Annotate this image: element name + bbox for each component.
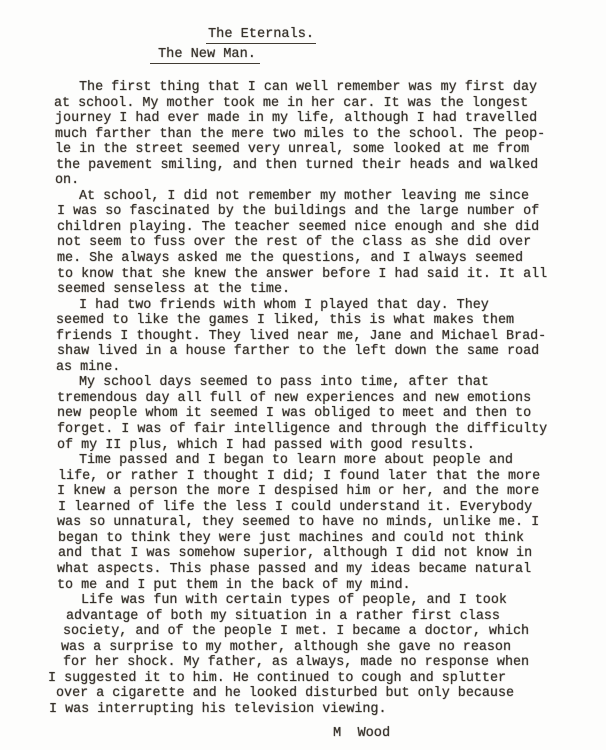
text-line: I suggested it to him. He continued to c… [48, 671, 606, 687]
text-line: At school, I did not remember my mother … [57, 189, 606, 205]
text-line: new people whom it seemed I was obliged … [57, 406, 606, 422]
text-line: the pavement smiling, and then turned th… [56, 158, 606, 174]
paragraph: At school, I did not remember my mother … [57, 189, 606, 298]
text-line: Time passed and I began to learn more ab… [57, 453, 606, 469]
text-line: was so unnatural, they seemed to have no… [57, 515, 606, 531]
author-signature: M Wood [333, 726, 606, 742]
text-line: over a cigarette and he looked disturbed… [56, 686, 606, 702]
text-line: The first thing that I can well remember… [57, 80, 606, 96]
subtitle-row: The New Man. [0, 47, 606, 64]
document-title: The Eternals. [206, 27, 316, 44]
text-line: I learned of life the less I could under… [58, 500, 606, 516]
title-block: The Eternals. The New Man. [0, 0, 606, 64]
text-line: to know that she knew the answer before … [57, 267, 606, 283]
text-line: My school days seemed to pass into time,… [57, 375, 606, 391]
text-line: journey I had ever made in my life, alth… [55, 111, 606, 127]
text-line: of my II plus, which I had passed with g… [57, 438, 606, 454]
paragraph: Life was fun with certain types of peopl… [57, 593, 606, 717]
paragraph: My school days seemed to pass into time,… [57, 375, 606, 453]
text-line: as mine. [56, 360, 606, 376]
text-line: I knew a person the more I despised him … [57, 484, 606, 500]
text-line: advantage of both my situation in a rath… [66, 609, 606, 625]
text-line: le in the street seemed very unreal, som… [55, 142, 606, 158]
text-line: seemed to like the games I liked, this i… [56, 313, 606, 329]
text-line: for her shock. My father, as always, mad… [63, 655, 606, 671]
text-line: tremendous day all full of new experienc… [57, 391, 606, 407]
text-line: me. She always asked me the questions, a… [57, 251, 606, 267]
text-line: began to think they were just machines a… [58, 531, 606, 547]
text-line: I had two friends with whom I played tha… [57, 298, 606, 314]
text-line: at school. My mother took me in her car.… [54, 96, 606, 112]
text-line: I was interrupting his television viewin… [49, 702, 606, 718]
text-line: I was so fascinated by the buildings and… [57, 204, 606, 220]
text-line: to me and I put them in the back of my m… [57, 578, 606, 594]
text-line: on. [55, 173, 606, 189]
text-line: forget. I was of fair intelligence and t… [57, 422, 606, 438]
text-line: seemed senseless at the time. [57, 282, 606, 298]
text-line: not seem to fuss over the rest of the cl… [57, 235, 606, 251]
text-line: much farther than the mere two miles to … [55, 127, 606, 143]
text-line: shaw lived in a house farther to the lef… [57, 344, 606, 360]
text-line: life, or rather I thought I did; I found… [58, 469, 606, 485]
text-line: Life was fun with certain types of peopl… [59, 593, 606, 609]
text-line: friends I thought. They lived near me, J… [56, 329, 606, 345]
text-line: society, and of the people I met. I beca… [63, 624, 606, 640]
document-body: The first thing that I can well remember… [57, 80, 606, 717]
paragraph: I had two friends with whom I played tha… [57, 298, 606, 376]
paragraph: The first thing that I can well remember… [57, 80, 606, 189]
text-line: was a surprise to my mother, although sh… [61, 640, 606, 656]
text-line: and that I was somehow superior, althoug… [58, 546, 606, 562]
title-row: The Eternals. [0, 27, 606, 44]
paragraph: Time passed and I began to learn more ab… [57, 453, 606, 593]
document-subtitle: The New Man. [150, 47, 260, 64]
text-line: children playing. The teacher seemed nic… [57, 220, 606, 236]
typewritten-document-page: The Eternals. The New Man. The first thi… [0, 0, 606, 750]
text-line: what aspects. This phase passed and my i… [57, 562, 606, 578]
